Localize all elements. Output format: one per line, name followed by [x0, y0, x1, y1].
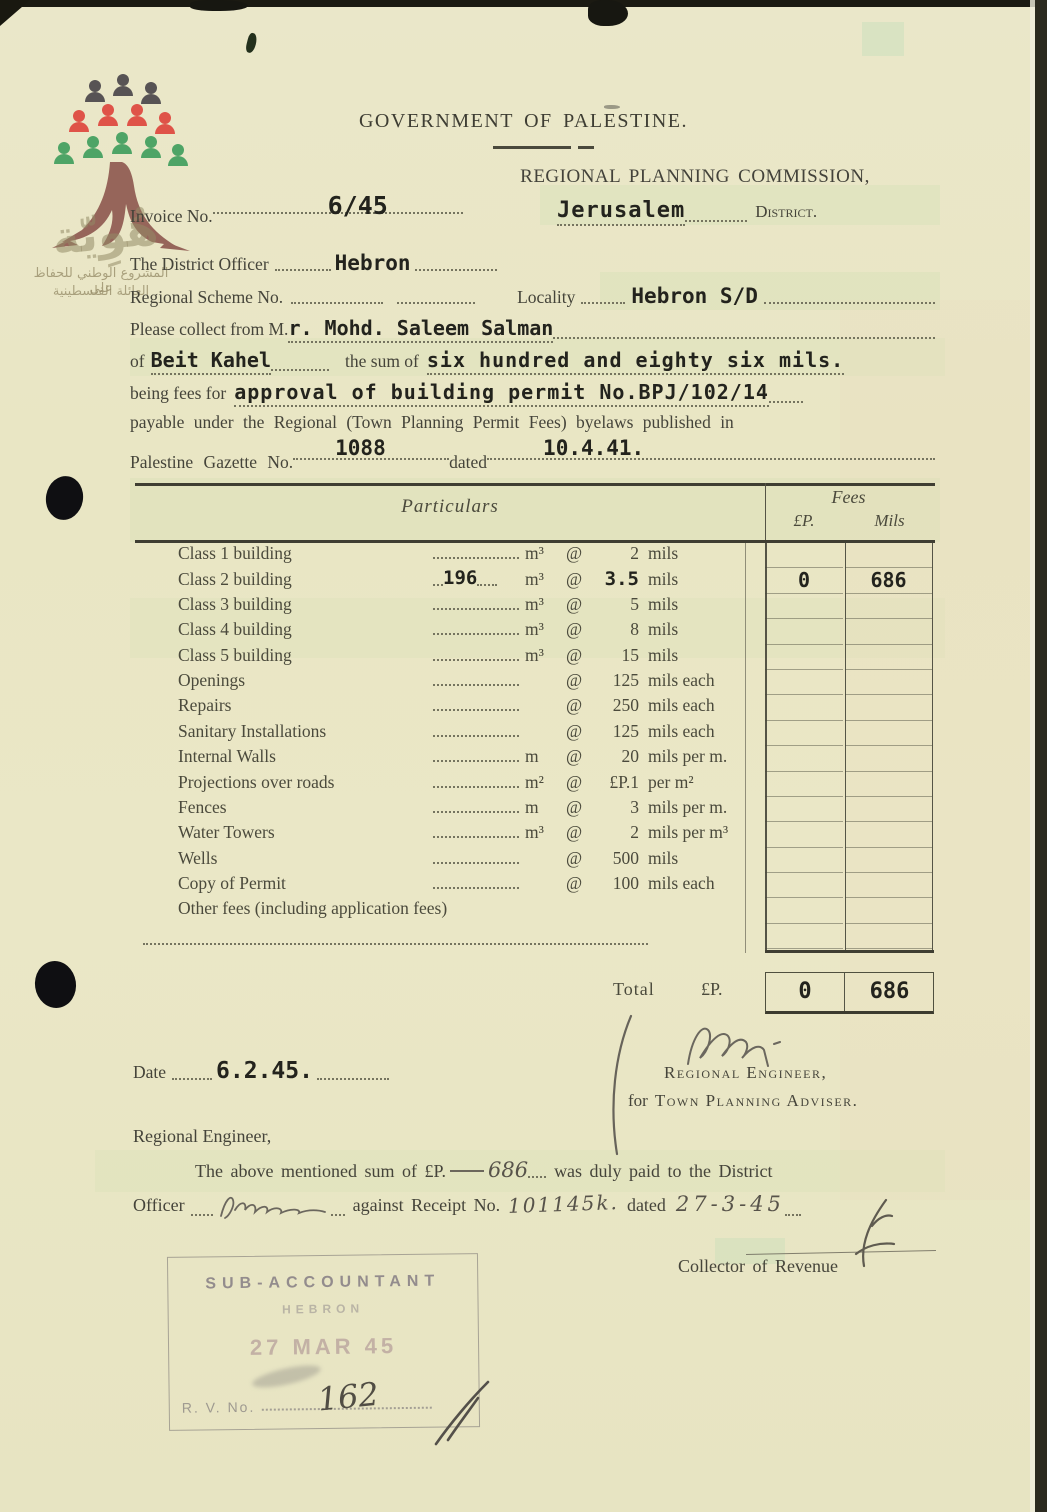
stamp-rv-line: R. V. No.: [182, 1397, 432, 1416]
dotted-leader: [769, 398, 803, 403]
date-label: Date: [133, 1062, 166, 1083]
row-label: Repairs: [135, 695, 433, 716]
total-box: 0 686: [765, 972, 934, 1014]
table-row: Class 3 buildingm³@5mils: [135, 594, 765, 619]
row-unit: m³: [525, 543, 561, 564]
dotted-leader: [191, 1211, 213, 1216]
table-row: Sanitary Installations@125mils each: [135, 721, 765, 746]
fees-table: Particulars Fees £P. Mils Class 1 buildi…: [135, 483, 935, 1015]
district-officer-label: The District Officer: [130, 254, 269, 275]
paid-line: The above mentioned sum of £P. 686 was d…: [195, 1158, 935, 1182]
fees-for-line: being fees for approval of building perm…: [130, 380, 935, 407]
table-row: Wells@500mils: [135, 848, 765, 873]
row-rate-value: 500: [587, 848, 639, 869]
fee-row: [765, 645, 932, 670]
row-rate-value: 3: [587, 797, 639, 818]
fee-pounds-cell: [765, 594, 843, 619]
date-value: 6.2.45.: [216, 1058, 313, 1084]
table-border-top: [135, 483, 935, 486]
row-at-sign: @: [561, 822, 587, 843]
dotted-leader: [581, 299, 625, 304]
row-label: Other fees (including application fees): [135, 898, 765, 919]
fee-pounds-cell: [765, 695, 843, 720]
total-currency-label: £P.: [701, 979, 723, 1000]
sum-label: the sum of: [345, 351, 419, 372]
dotted-leader: [143, 940, 648, 945]
scan-edge-top: [0, 0, 1047, 7]
stamp-check-slash: [428, 1378, 498, 1448]
table-row: [135, 924, 765, 949]
row-rate-suffix: mils each: [648, 721, 715, 742]
row-at-sign: @: [561, 569, 587, 590]
handwritten-dash: [450, 1168, 484, 1172]
scanned-invoice-page: هُوِيّة المشروع الوطني للحفاظ على العائل…: [0, 0, 1047, 1512]
fee-mils-cell: [845, 619, 932, 644]
commission-heading: REGIONAL PLANNING COMMISSION,: [460, 166, 930, 188]
dotted-leader: [415, 266, 497, 271]
invoice-field: 6/45: [213, 196, 463, 222]
fee-pounds-cell: [765, 873, 843, 898]
fee-mils-cell: [845, 772, 932, 797]
row-quantity-value: 196: [443, 567, 477, 589]
against-label: against Receipt No.: [353, 1195, 500, 1216]
row-leader: [433, 884, 525, 893]
payer-name-value: r. Mohd. Saleem Salman: [288, 316, 553, 343]
fee-mils-cell: [845, 543, 932, 568]
receipt-no-handwritten: 101145k.: [508, 1190, 620, 1218]
row-leader: [433, 808, 525, 817]
row-label: Wells: [135, 848, 433, 869]
of-sum-line: of Beit Kahel the sum of six hundred and…: [130, 348, 935, 375]
row-label: Internal Walls: [135, 746, 433, 767]
row-leader: [433, 757, 525, 766]
fee-pounds-cell: [765, 898, 843, 923]
officer-receipt-line: Officer against Receipt No. 101145k. dat…: [133, 1192, 935, 1220]
receipt-dated-label: dated: [627, 1195, 666, 1216]
fee-mils-cell: [845, 645, 932, 670]
gazette-label: Palestine Gazette No.: [130, 452, 293, 473]
mils-column-header: Mils: [847, 511, 932, 531]
row-rate-value: £P.1: [587, 772, 639, 793]
paid-amount-handwritten: 686: [488, 1158, 528, 1182]
fee-pounds-cell: 0: [765, 568, 843, 593]
particulars-header: Particulars: [135, 496, 765, 518]
row-at-sign: @: [561, 746, 587, 767]
table-row: Class 5 buildingm³@15mils: [135, 645, 765, 670]
row-label: Class 4 building: [135, 619, 433, 640]
pound-column-header: £P.: [765, 511, 843, 531]
fee-pounds-cell: [765, 746, 843, 771]
gazette-line: Palestine Gazette No. 1088 dated 10.4.41…: [130, 444, 935, 473]
scan-edge-right: [1035, 0, 1047, 1512]
payable-line: payable under the Regional (Town Plannin…: [130, 412, 935, 433]
dotted-leader: [291, 299, 383, 304]
fee-mils-cell: 686: [845, 568, 932, 593]
row-rate-suffix: mils each: [648, 695, 715, 716]
row-label: Class 2 building: [135, 569, 433, 590]
row-rate-suffix: mils each: [648, 873, 715, 894]
government-heading: GOVERNMENT OF PALESTINE.: [0, 110, 1047, 133]
table-row: Water Towersm³@2mils per m³: [135, 822, 765, 847]
collect-label: Please collect from M.: [130, 319, 288, 340]
table-row: Projections over roadsm²@£P.1per m²: [135, 772, 765, 797]
row-leader: [433, 783, 525, 792]
fee-pounds-cell: [765, 822, 843, 847]
row-rate-value: 15: [587, 645, 639, 666]
row-at-sign: @: [561, 543, 587, 564]
row-unit: m³: [525, 822, 561, 843]
dotted-leader: [275, 266, 331, 271]
scheme-label: Regional Scheme No.: [130, 287, 283, 308]
dotted-leader: [317, 1075, 389, 1080]
row-unit: m²: [525, 772, 561, 793]
fee-pounds-cell: [765, 619, 843, 644]
row-leader: [433, 859, 525, 868]
table-row: Repairs@250mils each: [135, 695, 765, 720]
collector-title-line: Collector of Revenue: [678, 1256, 838, 1277]
dotted-leader: [433, 859, 519, 864]
dotted-leader: [397, 299, 475, 304]
dotted-leader: [685, 217, 747, 222]
gazette-date-value: 10.4.41.: [543, 436, 644, 460]
fee-row: [765, 797, 932, 822]
dotted-leader: [528, 1173, 546, 1178]
row-unit: m: [525, 797, 561, 818]
fee-row: [765, 670, 932, 695]
fees-box-bottom-border: [765, 950, 934, 953]
addressee-line: Regional Engineer,: [133, 1126, 271, 1147]
fee-row: [765, 746, 932, 771]
stamp-location-line: HEBRON: [169, 1300, 478, 1318]
row-at-sign: @: [561, 670, 587, 691]
dotted-leader: [271, 366, 329, 371]
row-label: Water Towers: [135, 822, 433, 843]
row-at-sign: @: [561, 645, 587, 666]
row-rate-value: 125: [587, 721, 639, 742]
dotted-leader: [331, 1211, 345, 1216]
row-rate-suffix: mils per m³: [648, 822, 728, 843]
gazette-number-value: 1088: [335, 436, 386, 460]
dotted-leader: [433, 656, 519, 661]
row-unit: m³: [525, 645, 561, 666]
collector-title: Collector of Revenue: [678, 1256, 838, 1277]
scan-ink-blob: [588, 0, 628, 26]
fee-row: [765, 594, 932, 619]
row-label: Class 5 building: [135, 645, 433, 666]
row-leader: [433, 605, 525, 614]
paid-post-text: was duly paid to the District: [554, 1161, 772, 1182]
row-rate-value: 3.5: [587, 568, 639, 590]
row-label: Fences: [135, 797, 433, 818]
table-row: Class 1 buildingm³@2mils: [135, 543, 765, 568]
signature-bracket-stroke: [605, 1014, 639, 1156]
dotted-leader: [433, 605, 519, 610]
scheme-locality-line: Regional Scheme No. Locality Hebron S/D: [130, 284, 935, 308]
dotted-leader: [172, 1075, 212, 1080]
dotted-leader: [433, 757, 519, 762]
fees-box-right-border: [932, 543, 933, 953]
row-leader: [433, 681, 525, 690]
of-label: of: [130, 351, 145, 372]
row-rate-value: 8: [587, 619, 639, 640]
adviser-title: Town Planning Adviser.: [655, 1091, 859, 1111]
fee-row: [765, 772, 932, 797]
row-rate-value: 2: [587, 543, 639, 564]
fee-row: [765, 848, 932, 873]
stamp-date: 27 MAR 45: [169, 1332, 478, 1362]
dotted-leader: [433, 581, 443, 586]
row-at-sign: @: [561, 848, 587, 869]
total-label: Total: [613, 979, 655, 1000]
row-unit: m³: [525, 619, 561, 640]
row-label: Copy of Permit: [135, 873, 433, 894]
fee-pounds-cell: [765, 721, 843, 746]
table-row: Internal Wallsm@20mils per m.: [135, 746, 765, 771]
locality-label: Locality: [517, 287, 575, 308]
district-officer-line: The District Officer Hebron: [130, 251, 497, 275]
row-label: Openings: [135, 670, 433, 691]
fees-header: Fees: [765, 487, 932, 508]
row-rate-value: 250: [587, 695, 639, 716]
officer-name-scrawl: [213, 1192, 331, 1220]
dotted-leader: [433, 833, 519, 838]
row-at-sign: @: [561, 594, 587, 615]
for-prefix: for: [628, 1091, 648, 1111]
district-label: District.: [755, 202, 817, 222]
row-rate-suffix: mils: [648, 543, 678, 564]
sum-words-value: six hundred and eighty six mils.: [427, 348, 844, 375]
table-row: Class 4 buildingm³@8mils: [135, 619, 765, 644]
dotted-leader: [433, 884, 519, 889]
table-row: Class 2 building196m³@3.5mils: [135, 568, 765, 593]
fee-pounds-cell: [765, 772, 843, 797]
dotted-leader: [433, 554, 519, 559]
fee-row: [765, 924, 932, 949]
fees-grid: 0686: [765, 543, 932, 949]
fee-pounds-cell: [765, 848, 843, 873]
total-mils-value: 686: [846, 979, 933, 1004]
fee-row: [765, 721, 932, 746]
row-label: Class 1 building: [135, 543, 433, 564]
row-rate-suffix: mils: [648, 848, 678, 869]
fee-pounds-cell: [765, 645, 843, 670]
fees-for-label: being fees for: [130, 383, 226, 404]
row-leader: [433, 833, 525, 842]
locality-value: Hebron S/D: [631, 284, 757, 308]
fee-pounds-cell: [765, 924, 843, 949]
invoice-line: Invoice No. 6/45: [130, 196, 463, 227]
table-rows: Class 1 buildingm³@2milsClass 2 building…: [135, 543, 765, 949]
row-rate-suffix: mils: [648, 645, 678, 666]
fee-mils-cell: [845, 898, 932, 923]
row-leader: [433, 630, 525, 639]
dotted-leader: [433, 808, 519, 813]
payable-text: payable under the Regional (Town Plannin…: [130, 412, 734, 433]
row-rate-suffix: per m²: [648, 772, 694, 793]
ink-speck: [604, 105, 620, 109]
fee-pounds-cell: [765, 670, 843, 695]
table-row: Other fees (including application fees): [135, 898, 765, 923]
row-rate-suffix: mils each: [648, 670, 715, 691]
stamp-rv-label: R. V. No.: [182, 1399, 256, 1416]
fee-row: [765, 822, 932, 847]
dotted-leader: [433, 706, 519, 711]
engineer-title: Regional Engineer,: [664, 1063, 827, 1083]
district-officer-value: Hebron: [335, 251, 411, 275]
heading-rule-dash: [578, 146, 594, 149]
row-unit: m³: [525, 569, 561, 590]
row-rate-suffix: mils: [648, 569, 678, 590]
dotted-leader: [433, 681, 519, 686]
row-at-sign: @: [561, 619, 587, 640]
row-rate-suffix: mils: [648, 619, 678, 640]
fee-pounds-cell: [765, 543, 843, 568]
row-label: Class 3 building: [135, 594, 433, 615]
row-rate-value: 20: [587, 746, 639, 767]
row-rate-value: 125: [587, 670, 639, 691]
row-at-sign: @: [561, 772, 587, 793]
total-pounds-value: 0: [766, 979, 844, 1004]
dotted-leader: [477, 581, 497, 586]
fee-row: [765, 695, 932, 720]
row-rate-suffix: mils per m.: [648, 746, 727, 767]
stamp-rv-value-handwritten: 162: [316, 1375, 381, 1419]
fee-row: [765, 543, 932, 568]
fee-mils-cell: [845, 822, 932, 847]
row-at-sign: @: [561, 873, 587, 894]
fee-pounds-cell: [765, 797, 843, 822]
row-leader: [433, 732, 525, 741]
dotted-leader: [433, 732, 519, 737]
fee-mils-cell: [845, 721, 932, 746]
officer-label: Officer: [133, 1195, 185, 1216]
gazette-dated-label: dated: [449, 452, 487, 473]
gazette-number-field: 1088: [293, 444, 449, 468]
row-rate-value: 5: [587, 594, 639, 615]
fee-row: 0686: [765, 568, 932, 593]
dotted-leader: [764, 299, 935, 304]
adviser-title-line: for Town Planning Adviser.: [628, 1091, 858, 1111]
row-leader: [433, 656, 525, 665]
row-leader: 196: [433, 568, 525, 590]
receipt-date-handwritten: 27-3-45: [676, 1192, 785, 1216]
fees-description-value: approval of building permit No.BPJ/102/1…: [234, 380, 769, 407]
district-value: Jerusalem: [557, 198, 685, 226]
row-rate-suffix: mils per m.: [648, 797, 727, 818]
invoice-number-value: 6/45: [328, 191, 388, 220]
engineer-title-text: Regional Engineer,: [664, 1063, 827, 1083]
fee-row: [765, 898, 932, 923]
row-label: Projections over roads: [135, 772, 433, 793]
scan-corner-shadow: [0, 0, 30, 26]
fee-mils-cell: [845, 848, 932, 873]
dotted-leader: [433, 783, 519, 788]
table-row: Openings@125mils each: [135, 670, 765, 695]
table-row: Fencesm@3mils per m.: [135, 797, 765, 822]
row-unit: m: [525, 746, 561, 767]
dotted-leader: [433, 630, 519, 635]
logo-people-row-bottom: [54, 132, 188, 166]
scan-ink-blob: [190, 0, 248, 11]
stamp-office-line: SUB-ACCOUNTANT: [168, 1272, 477, 1294]
table-row: Copy of Permit@100mils each: [135, 873, 765, 898]
dotted-leader: [785, 1211, 801, 1216]
village-value: Beit Kahel: [151, 348, 271, 375]
invoice-label: Invoice No.: [130, 206, 213, 227]
fee-mils-cell: [845, 695, 932, 720]
row-rate-suffix: mils: [648, 594, 678, 615]
logo-people-row-top: [85, 74, 161, 104]
row-label: Sanitary Installations: [135, 721, 433, 742]
heading-rule: [493, 146, 571, 149]
row-rate-value: 2: [587, 822, 639, 843]
row-leader: [433, 554, 525, 563]
stamp-smudge: [251, 1361, 323, 1392]
row-at-sign: @: [561, 695, 587, 716]
row-at-sign: @: [561, 721, 587, 742]
row-leader: [433, 706, 525, 715]
date-line: Date 6.2.45.: [133, 1058, 389, 1084]
fee-mils-cell: [845, 670, 932, 695]
collector-signature: [842, 1196, 902, 1276]
row-rate-value: 100: [587, 873, 639, 894]
district-line: Jerusalem District.: [557, 198, 817, 226]
fee-mils-cell: [845, 924, 932, 949]
paid-pre-text: The above mentioned sum of £P.: [195, 1161, 446, 1182]
row-unit: m³: [525, 594, 561, 615]
gazette-date-field: 10.4.41.: [487, 444, 935, 468]
fee-mils-cell: [845, 873, 932, 898]
fee-row: [765, 873, 932, 898]
fee-mils-cell: [845, 797, 932, 822]
dotted-leader: [553, 334, 935, 339]
fee-mils-cell: [845, 746, 932, 771]
fee-mils-cell: [845, 594, 932, 619]
addressee-title: Regional Engineer,: [133, 1126, 271, 1147]
collect-from-line: Please collect from M. r. Mohd. Saleem S…: [130, 316, 935, 343]
fee-row: [765, 619, 932, 644]
row-at-sign: @: [561, 797, 587, 818]
